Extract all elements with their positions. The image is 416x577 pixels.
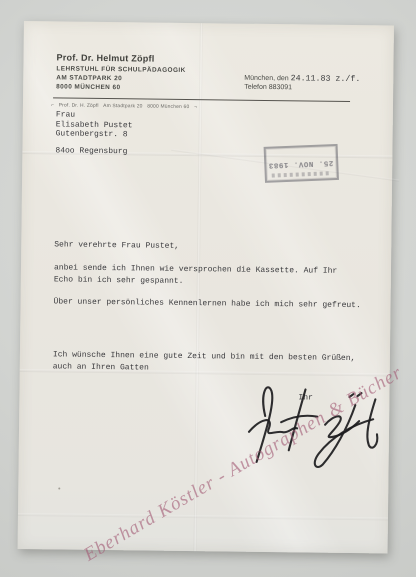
- body-paragraph3-line2: auch an Ihren Gatten: [53, 363, 149, 372]
- letterhead-street: AM STADTPARK 20: [56, 74, 122, 82]
- date-stamp-smudge: [271, 171, 329, 177]
- recipient-city: 84oo Regensburg: [55, 147, 127, 156]
- phone-line: Telefon 883091: [244, 83, 292, 91]
- body-salutation: Sehr verehrte Frau Pustet,: [54, 241, 179, 251]
- letterhead-divider: [53, 97, 350, 102]
- recipient-name: Elisabeth Pustet: [56, 121, 133, 130]
- typed-date: 24.11.83 z./f.: [291, 74, 361, 84]
- body-paragraph2: Über unser persönliches Kennenlernen hab…: [54, 298, 361, 310]
- letter-paper: Prof. Dr. Helmut Zöpfl LEHRSTUHL FÜR SCH…: [18, 21, 394, 553]
- body-paragraph1-line2: Echo bin ich sehr gespannt.: [54, 276, 184, 286]
- body-paragraph1-line1: anbei sende ich Ihnen wie versprochen di…: [54, 264, 337, 275]
- date-stamp-text: 25. NOV. 1983: [269, 158, 334, 169]
- recipient-salutation: Frau: [56, 111, 75, 119]
- date-stamp: 25. NOV. 1983: [264, 144, 339, 183]
- return-address-line: ⌐ Prof. Dr. H. Zöpfl Am Stadtpark 20 800…: [51, 103, 197, 110]
- body-paragraph3-line1: Ich wünsche Ihnen eine gute Zeit und bin…: [53, 351, 356, 363]
- letterhead-city: 8000 MÜNCHEN 60: [56, 83, 120, 91]
- recipient-street: Gutenbergstr. 8: [56, 130, 128, 139]
- date-place-label: München, den: [244, 75, 288, 83]
- letterhead-name: Prof. Dr. Helmut Zöpfl: [56, 52, 154, 63]
- letterhead-department: LEHRSTUHL FÜR SCHULPÄDAGOGIK: [56, 65, 185, 74]
- fold-crease-bottom: [18, 513, 388, 521]
- paper-speck: [58, 487, 60, 489]
- signature-scrawl: [231, 376, 412, 473]
- fold-crease-vertical: [194, 23, 203, 551]
